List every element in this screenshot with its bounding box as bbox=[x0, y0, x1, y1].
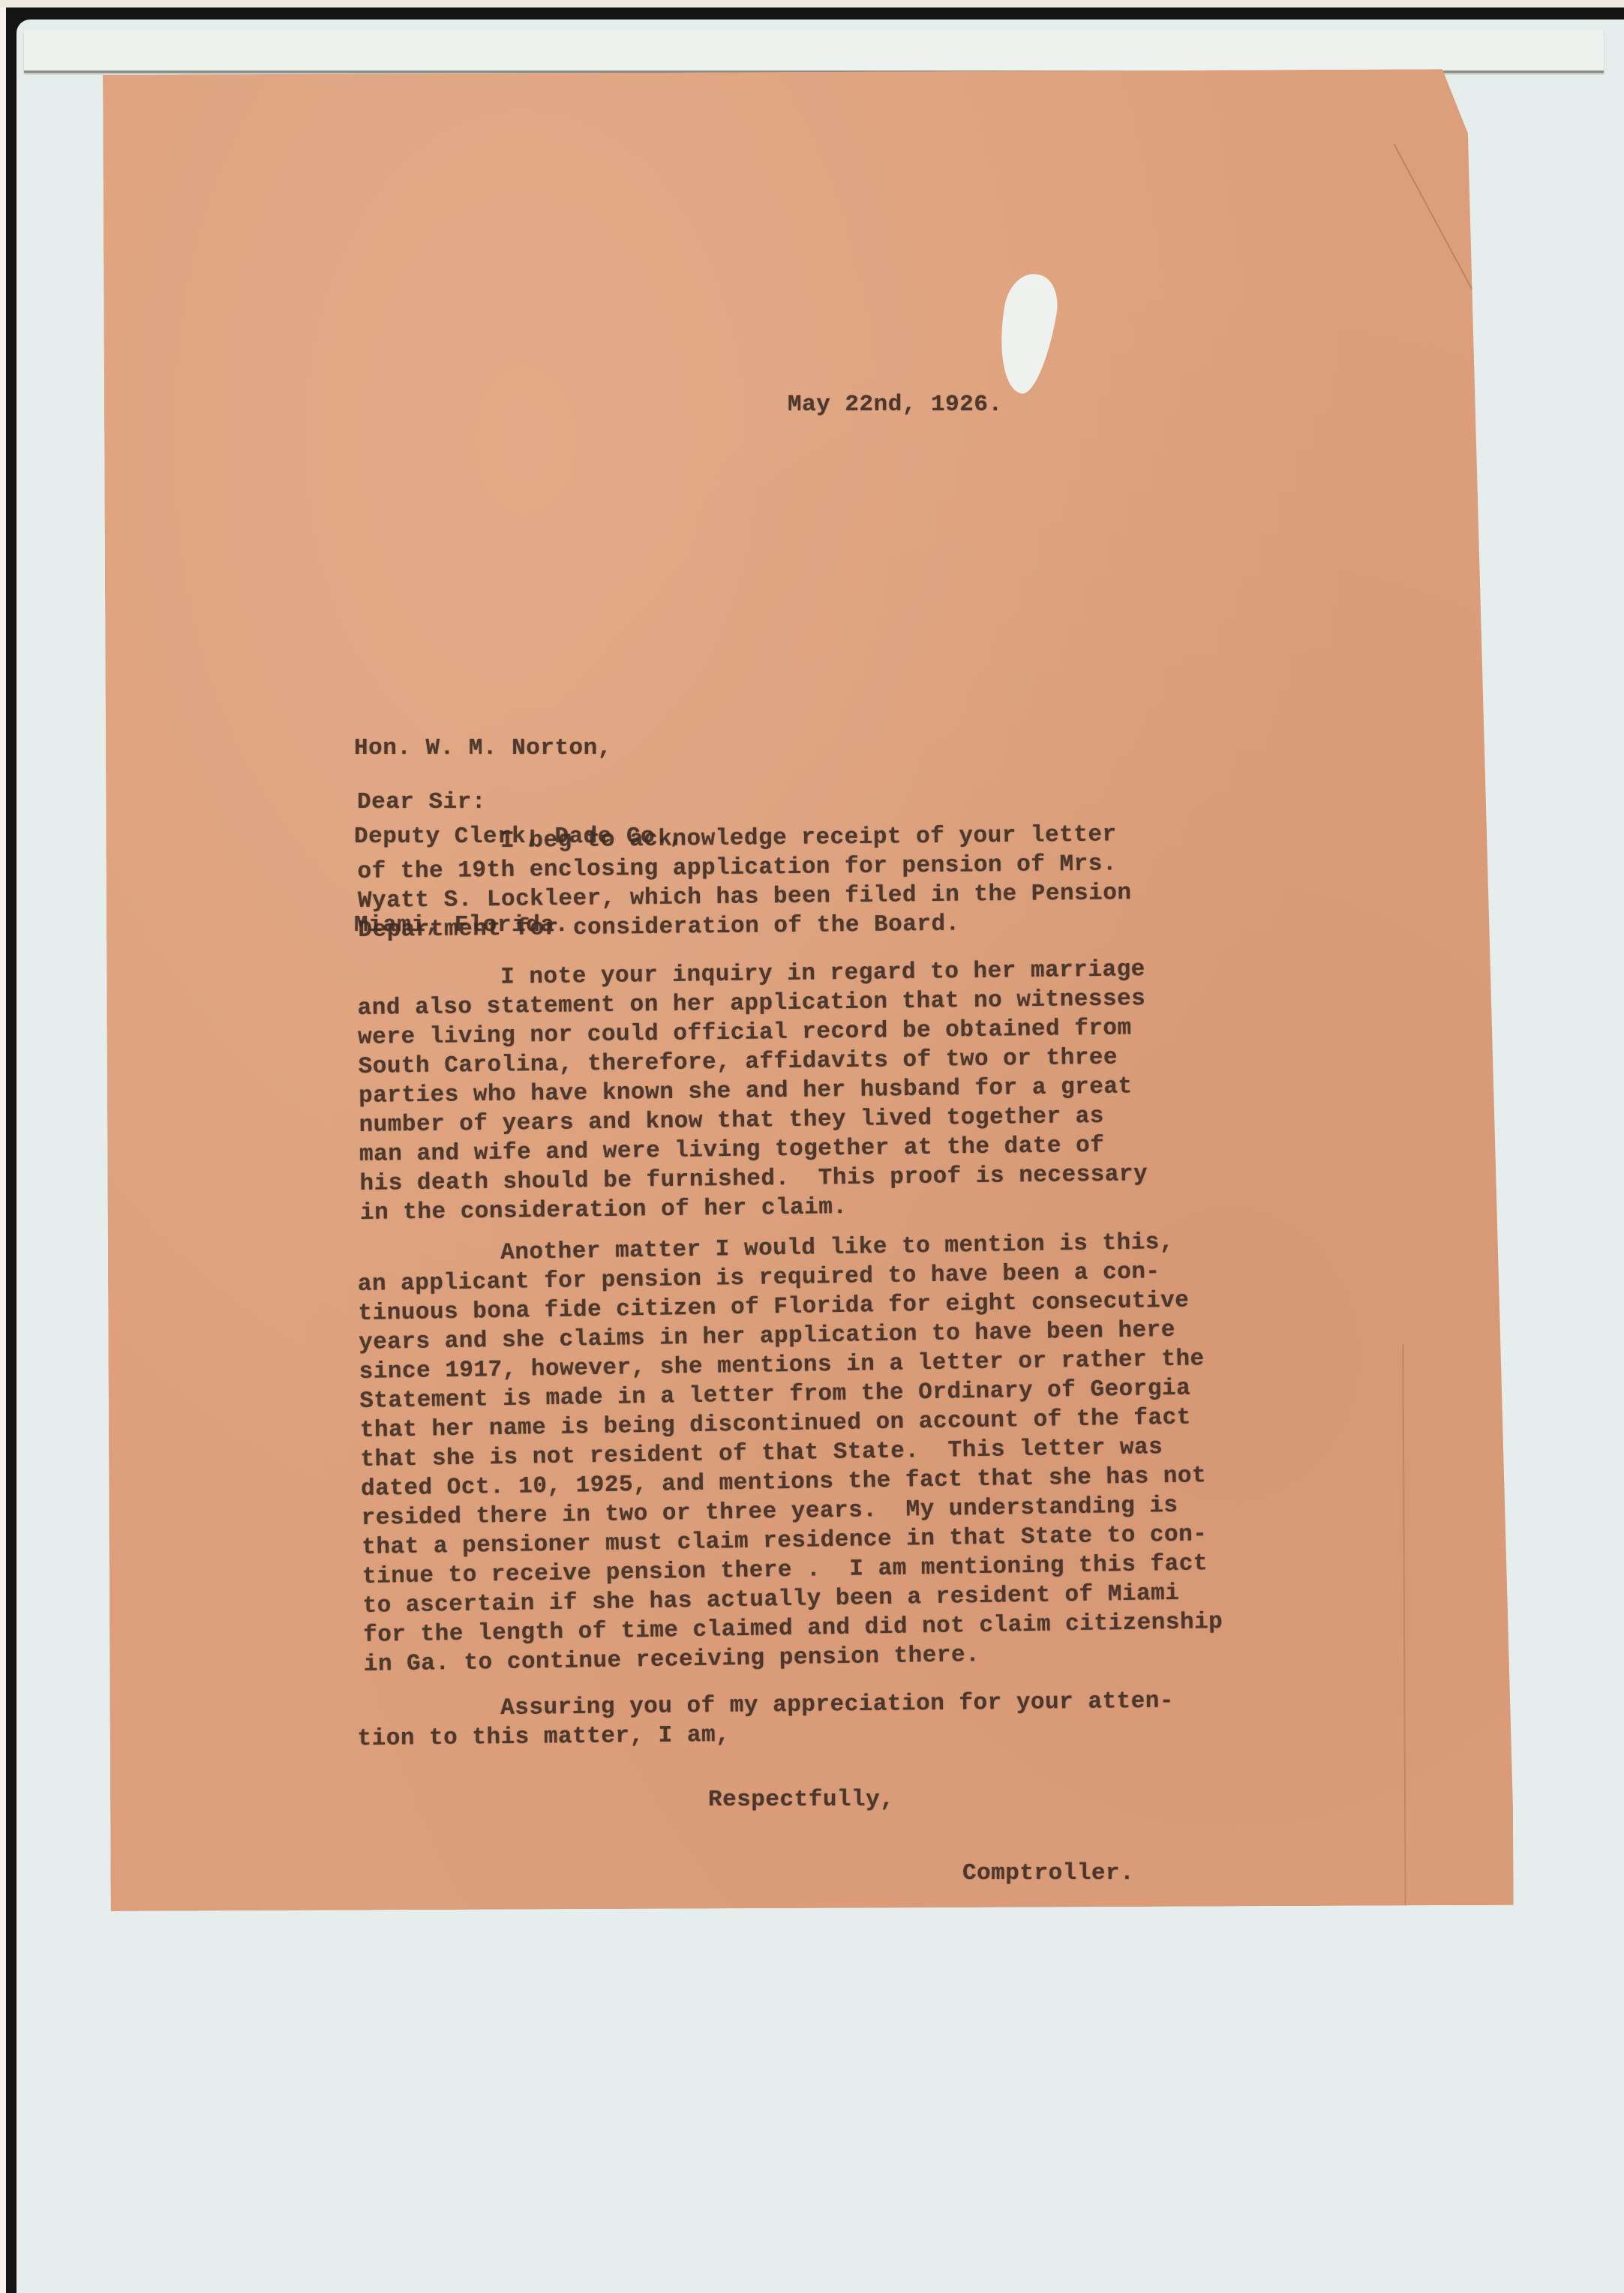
mount-flap bbox=[24, 30, 1604, 73]
scanner-edge bbox=[0, 0, 1624, 8]
salutation: Dear Sir: bbox=[357, 788, 486, 817]
paragraph-closing: Assuring you of my appreciation for your… bbox=[357, 1688, 1175, 1755]
signature-title: Comptroller. bbox=[962, 1859, 1134, 1888]
paper-hole bbox=[990, 270, 1062, 398]
paragraph-residency: Another matter I would like to mention i… bbox=[357, 1229, 1223, 1681]
recipient-name: Hon. W. M. Norton, bbox=[354, 734, 683, 764]
paragraph-acknowledgement: I beg to acknowledge receipt of your let… bbox=[357, 821, 1132, 947]
paper-fold bbox=[1402, 1344, 1406, 1982]
letter-date: May 22nd, 1926. bbox=[788, 390, 1003, 419]
complimentary-close: Respectfully, bbox=[708, 1785, 894, 1814]
paragraph-marriage-proof: I note your inquiry in regard to her mar… bbox=[357, 956, 1148, 1229]
